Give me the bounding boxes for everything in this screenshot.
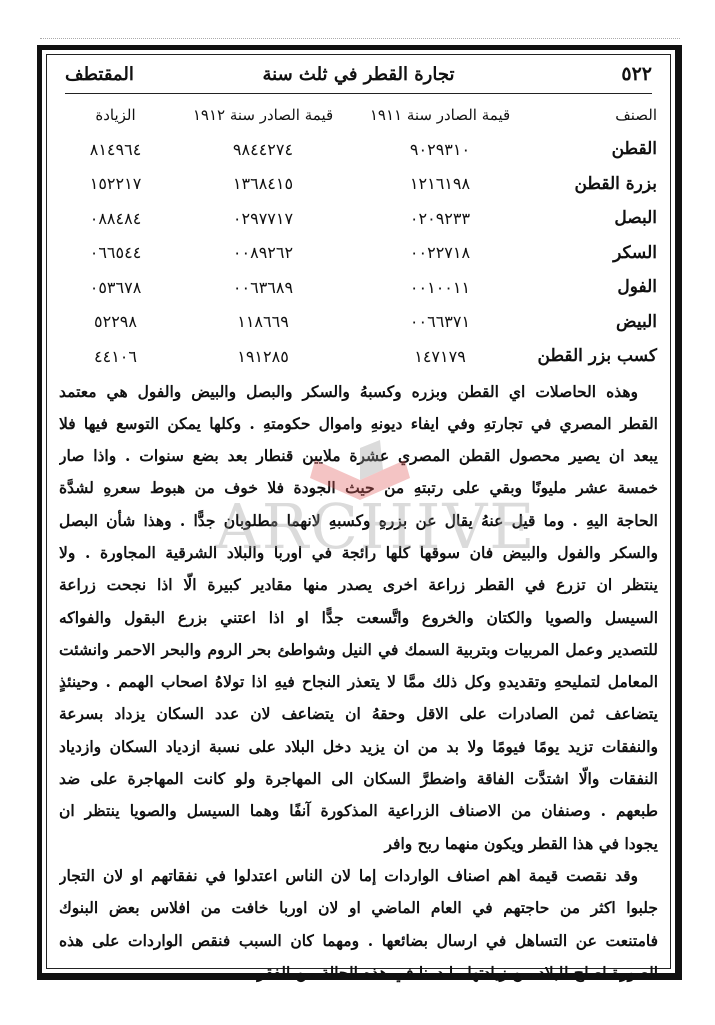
export-table: الصنف قيمة الصادر سنة ١٩١١ قيمة الصادر س… (59, 98, 658, 374)
text-line: السيسل والصويا والكتان والخروع واتَّسعت … (59, 602, 658, 634)
text-line: جلبوا اكثر من حاجتهم في العام الماضي او … (59, 892, 658, 924)
row-increase: ٤٤١٠٦ (59, 339, 172, 374)
running-header: ٥٢٢ تجارة القطر في ثلث سنة المقتطف (65, 55, 652, 94)
row-value-1912: ٠٠٨٩٢٦٢ (172, 236, 354, 271)
column-header-1912: قيمة الصادر سنة ١٩١٢ (172, 98, 354, 132)
text-line: الحاجة اليهِ . وما قيل عنهُ يقال عن بزره… (59, 505, 658, 537)
row-increase: ٠٥٣٦٧٨ (59, 270, 172, 305)
row-item: كسب بزر القطن (526, 339, 658, 374)
text-line: خمسة عشر مليونًا وبقي على رتبتهِ من حيث … (59, 472, 658, 504)
journal-name: المقتطف (65, 64, 134, 85)
row-value-1911: ٠٠١٠٠١١ (354, 270, 526, 305)
row-item: البيض (526, 305, 658, 340)
text-line: الصورة اصلح للبلاد من زيادتها ما دمنا في… (59, 957, 658, 989)
table-row: السكر ٠٠٢٢٧١٨ ٠٠٨٩٢٦٢ ٠٦٦٥٤٤ (59, 236, 658, 271)
row-value-1911: ٩٠٢٩٣١٠ (354, 132, 526, 167)
text-line: ينتظر ان تزرع في القطر زراعة اخرى يصدر م… (59, 569, 658, 601)
scan-noise (40, 38, 680, 42)
table-row: البيض ٠٠٦٦٣٧١ ١١٨٦٦٩ ٥٢٢٩٨ (59, 305, 658, 340)
text-line: النفقات والّا اشتدَّت الفاقة واضطرَّ الس… (59, 763, 658, 795)
text-line: القطر المصري في تجارتهِ وفي ايفاء ديونهِ… (59, 408, 658, 440)
article-body: وهذه الحاصلات اي القطن وبزره وكسبهُ والس… (59, 376, 658, 990)
text-line: وهذه الحاصلات اي القطن وبزره وكسبهُ والس… (59, 376, 658, 408)
text-line: طبعهم . وصنفان من الاصناف الزراعية المذك… (59, 795, 658, 827)
page-content: ٥٢٢ تجارة القطر في ثلث سنة المقتطف الصنف… (59, 55, 658, 968)
text-line: للتصدير وعمل المربيات وبتربية السمك في ا… (59, 634, 658, 666)
row-value-1911: ٠٠٦٦٣٧١ (354, 305, 526, 340)
row-increase: ٨١٤٩٦٤ (59, 132, 172, 167)
table-row: القطن ٩٠٢٩٣١٠ ٩٨٤٤٢٧٤ ٨١٤٩٦٤ (59, 132, 658, 167)
table-row: البصل ٠٢٠٩٢٣٣ ٠٢٩٧٧١٧ ٠٨٨٤٨٤ (59, 201, 658, 236)
text-line: والسكر والفول والبيض فان سوقها كلها رائج… (59, 537, 658, 569)
row-value-1912: ١٣٦٨٤١٥ (172, 167, 354, 202)
row-value-1911: ١٤٧١٧٩ (354, 339, 526, 374)
row-item: البصل (526, 201, 658, 236)
paragraph-2: وقد نقصت قيمة اهم اصناف الواردات إما لان… (59, 860, 658, 989)
row-value-1912: ٠٠٦٣٦٨٩ (172, 270, 354, 305)
column-header-increase: الزيادة (59, 98, 172, 132)
text-line: فامتنعت عن التساهل في ارسال بضائعها . وم… (59, 925, 658, 957)
row-value-1911: ٠٠٢٢٧١٨ (354, 236, 526, 271)
text-line: يتضاعف ثمن الصادرات على الاقل وحقهُ ان ي… (59, 698, 658, 730)
row-item: بزرة القطن (526, 167, 658, 202)
table-row: كسب بزر القطن ١٤٧١٧٩ ١٩١٢٨٥ ٤٤١٠٦ (59, 339, 658, 374)
text-line: يجودا في هذا القطر ويكون منهما ربح وافر (59, 828, 658, 860)
text-line: المعامل لتمليحهِ وتقديدهِ وكل ذلك ممَّا … (59, 666, 658, 698)
row-item: القطن (526, 132, 658, 167)
text-line: والنفقات تزيد يومًا فيومًا ولا بد من ان … (59, 731, 658, 763)
page-number: ٥٢٢ (621, 63, 652, 85)
row-increase: ١٥٢٢١٧ (59, 167, 172, 202)
column-header-1911: قيمة الصادر سنة ١٩١١ (354, 98, 526, 132)
row-increase: ٠٦٦٥٤٤ (59, 236, 172, 271)
column-header-item: الصنف (526, 98, 658, 132)
table-header-row: الصنف قيمة الصادر سنة ١٩١١ قيمة الصادر س… (59, 98, 658, 132)
row-value-1912: ٠٢٩٧٧١٧ (172, 201, 354, 236)
table-row: بزرة القطن ١٢١٦١٩٨ ١٣٦٨٤١٥ ١٥٢٢١٧ (59, 167, 658, 202)
row-item: الفول (526, 270, 658, 305)
row-value-1911: ٠٢٠٩٢٣٣ (354, 201, 526, 236)
row-value-1912: ٩٨٤٤٢٧٤ (172, 132, 354, 167)
page-inner-border: ٥٢٢ تجارة القطر في ثلث سنة المقتطف الصنف… (46, 54, 671, 969)
article-title: تجارة القطر في ثلث سنة (65, 64, 652, 85)
row-value-1911: ١٢١٦١٩٨ (354, 167, 526, 202)
row-value-1912: ١١٨٦٦٩ (172, 305, 354, 340)
text-line: يبعد ان يصير محصول القطن المصري عشرة ملا… (59, 440, 658, 472)
paragraph-1: وهذه الحاصلات اي القطن وبزره وكسبهُ والس… (59, 376, 658, 860)
row-item: السكر (526, 236, 658, 271)
row-increase: ٥٢٢٩٨ (59, 305, 172, 340)
text-line: وقد نقصت قيمة اهم اصناف الواردات إما لان… (59, 860, 658, 892)
table-row: الفول ٠٠١٠٠١١ ٠٠٦٣٦٨٩ ٠٥٣٦٧٨ (59, 270, 658, 305)
page-border: ٥٢٢ تجارة القطر في ثلث سنة المقتطف الصنف… (37, 45, 682, 980)
row-increase: ٠٨٨٤٨٤ (59, 201, 172, 236)
row-value-1912: ١٩١٢٨٥ (172, 339, 354, 374)
